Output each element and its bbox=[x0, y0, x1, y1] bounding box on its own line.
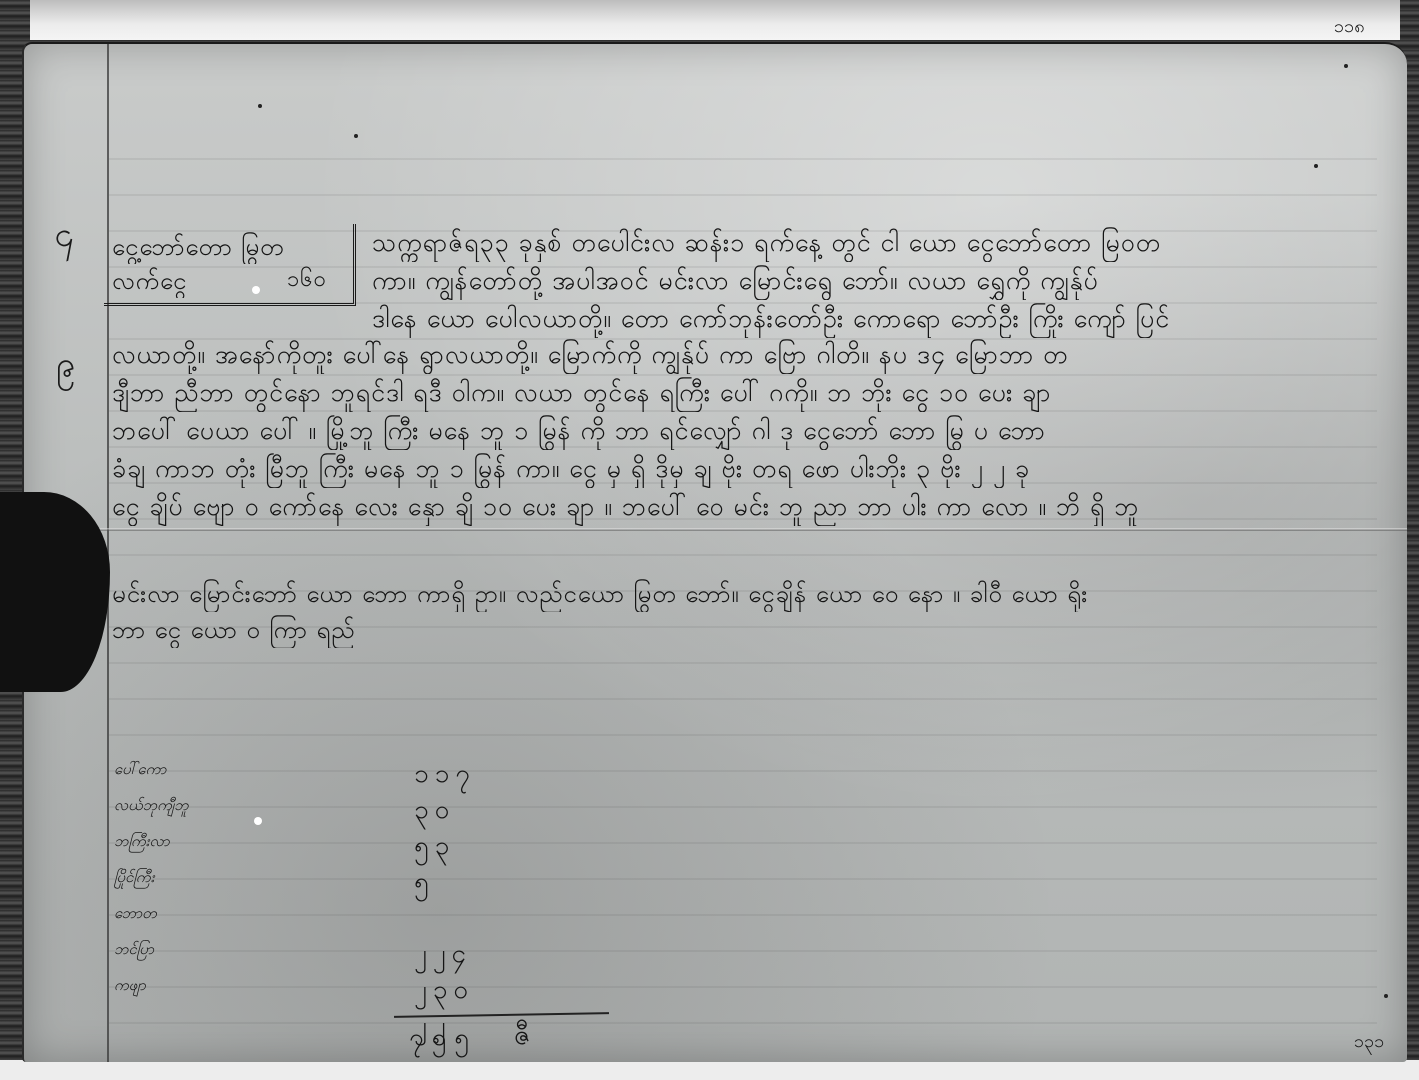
ledger-total-mark: ဇီ bbox=[514, 1016, 531, 1058]
ledger-row: ကဖျာ ၂၃၀ bbox=[114, 972, 634, 1008]
torn-edge-damage bbox=[0, 492, 110, 692]
ledger-name: ပြိုင်ကြီး bbox=[114, 868, 154, 890]
ledger-name: ဘကြီးလာ bbox=[114, 832, 170, 854]
ledger-amount: ၂၃၀ bbox=[414, 972, 474, 1011]
text-line: ဒါနေ ယော ပေါလယာတို့။ တော ကော်ဘုန်းတော်ဦး… bbox=[372, 300, 1332, 338]
text-line: ခံချ ကာဘ တုံး မြီဘူ ကြီး မနေ ဘူ ၁ မြွန် … bbox=[112, 450, 1332, 488]
ledger-list: ပေါ်ကော ၁၁၇ လယ်ဘုကျီဘူ ၃၀ ဘကြီးလာ ၅၃ ပြိ… bbox=[114, 756, 634, 1044]
ledger-row: ဘကြီးလာ ၅၃ bbox=[114, 828, 634, 864]
text-line: ဘပေါ် ပေယာ ပေါ် ။ မြို့ဘူ ကြီး မနေ ဘူ ၁ … bbox=[112, 412, 1332, 450]
corner-annotation-bottom: ၁၃၁ bbox=[1354, 1029, 1384, 1056]
ledger-row: လယ်ဘုကျီဘူ ၃၀ bbox=[114, 792, 634, 828]
scan-bottom-background bbox=[0, 1060, 1419, 1080]
text-line: မင်းလာ မြောင်းဘော် ယော ဘော ကာရှိ ဥာ။ လည်… bbox=[112, 576, 1332, 612]
ink-speck bbox=[1344, 64, 1348, 68]
text-line: ကာ။ ကျွန်တော်တို့ အပါအဝင် မင်းလာ မြောင်း… bbox=[372, 262, 1332, 300]
ink-speck bbox=[258, 104, 262, 108]
text-line: သက္ကရာဇ်ရ၃၃ ခုနှစ် တပေါင်းလ ဆန်း၁ ရက်နေ့… bbox=[372, 224, 1332, 262]
ledger-amount: ၁၁၇ bbox=[414, 756, 476, 795]
ledger-name: ကဖျာ bbox=[114, 976, 146, 998]
text-line: ငွေ ချိပ် ဗျော ဝ ကော်နေ လေး နှော ချိ ၁၀ … bbox=[112, 488, 1332, 526]
text-line: ဒျီဘာ ညီဘာ တွင်နော ဘူရင်ဒါ ရဒီ ဝါက။ လယာ … bbox=[112, 374, 1332, 412]
ledger-amount: ၂၂၄ bbox=[414, 936, 472, 975]
margin-annotation-2: ၉ bbox=[56, 342, 75, 393]
corner-annotation-top: ၁၁၈ bbox=[1334, 14, 1365, 41]
ledger-amount: ၅၃ bbox=[414, 828, 455, 867]
paragraph-2: လယာတို့။ အနော်ကိုတူး ပေါ်နေ ရွာလယာတို့။ … bbox=[112, 336, 1332, 526]
header-box: ငွေ့ဘော်တော မြွတ လက်ငွေ ၁၆၀ bbox=[104, 224, 356, 306]
ledger-name: ဘောတ bbox=[114, 904, 157, 926]
ledger-name: လယ်ဘုကျီဘူ bbox=[114, 796, 189, 818]
ledger-amount: ၃၀ bbox=[414, 792, 455, 831]
ledger-amount: ၅ bbox=[414, 864, 435, 903]
ledger-name: ပေါ်ကော bbox=[114, 760, 166, 782]
ledger-row: ဘင်ပြာ ၂၂၄ bbox=[114, 936, 634, 972]
ink-speck bbox=[1314, 164, 1318, 168]
paragraph-1: သက္ကရာဇ်ရ၃၃ ခုနှစ် တပေါင်းလ ဆန်း၁ ရက်နေ့… bbox=[372, 224, 1332, 338]
ledger-row: ပြိုင်ကြီး ၅ bbox=[114, 864, 634, 900]
ledger-total: ၇၅၅ bbox=[409, 1020, 477, 1059]
paragraph-3: မင်းလာ မြောင်းဘော် ယော ဘော ကာရှိ ဥာ။ လည်… bbox=[112, 576, 1332, 648]
scan-top-background bbox=[30, 0, 1400, 40]
ledger-row: ပေါ်ကော ၁၁၇ bbox=[114, 756, 634, 792]
margin-annotation-1: ၄ bbox=[46, 210, 81, 264]
ledger-name: ဘင်ပြာ bbox=[114, 940, 154, 962]
paper-fold-crease bbox=[24, 528, 1407, 531]
ledger-row: ဘောတ bbox=[114, 900, 634, 936]
ink-speck bbox=[354, 134, 358, 138]
ink-speck bbox=[1384, 994, 1388, 998]
text-line: လယာတို့။ အနော်ကိုတူး ပေါ်နေ ရွာလယာတို့။ … bbox=[112, 336, 1332, 374]
header-number: ၁၆၀ bbox=[287, 264, 327, 297]
manuscript-sheet: ၄ ၉ ၁၁၈ ၁၃၁ ငွေ့ဘော်တော မြွတ လက်ငွေ ၁၆၀ … bbox=[22, 42, 1407, 1062]
header-line-1: ငွေ့ဘော်တော မြွတ bbox=[112, 230, 345, 264]
text-line: ဘာ ငွေ ယော ဝ ကြာ ရည် bbox=[112, 612, 1332, 648]
